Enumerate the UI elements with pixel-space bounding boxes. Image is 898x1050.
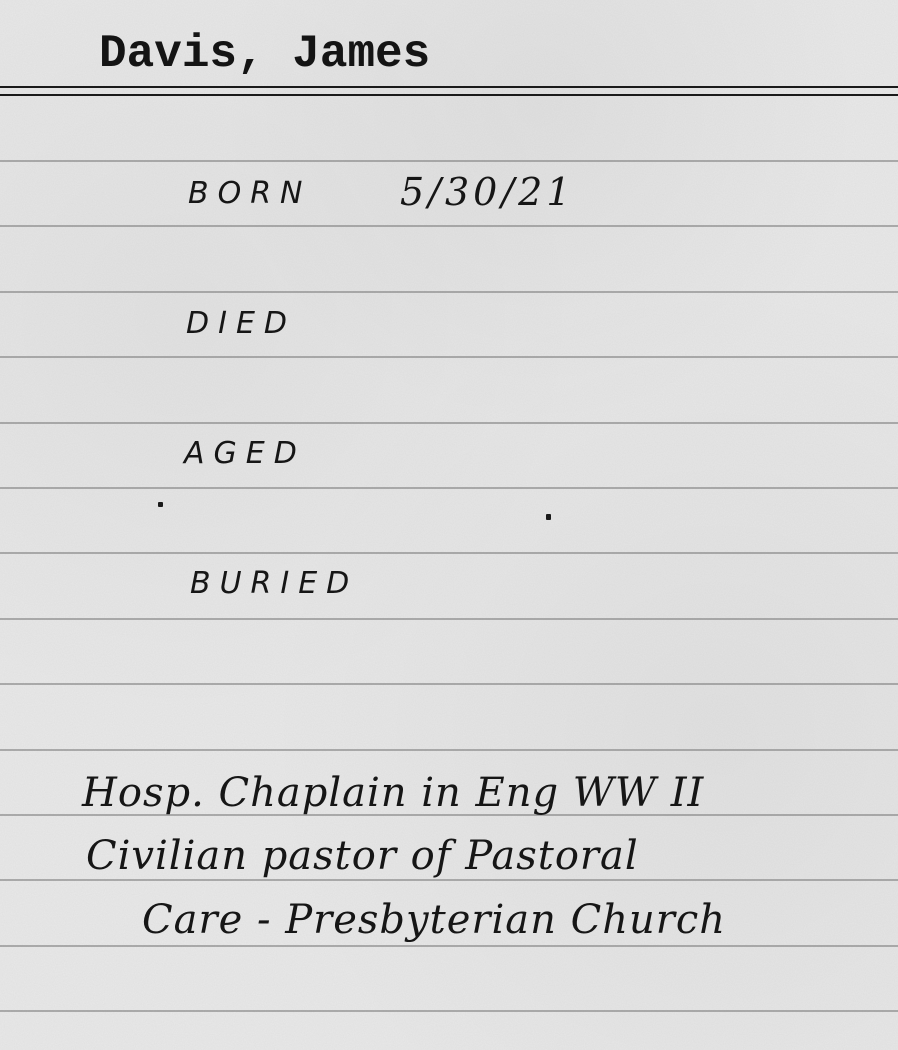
field-label-aged: AGED xyxy=(184,436,306,471)
ruled-line xyxy=(0,356,898,358)
card-name: Davis, James xyxy=(99,28,430,80)
note-line-3: Care - Presbyterian Church xyxy=(142,897,726,943)
paper-texture xyxy=(0,0,898,1050)
ruled-line xyxy=(0,291,898,293)
ruled-line xyxy=(0,749,898,751)
ink-mark xyxy=(158,502,163,507)
ruled-line xyxy=(0,1010,898,1012)
ruled-line xyxy=(0,618,898,620)
ruled-line xyxy=(0,422,898,424)
note-line-1: Hosp. Chaplain in Eng WW II xyxy=(82,770,704,816)
field-label-born: BORN xyxy=(188,176,311,211)
ruled-line xyxy=(0,683,898,685)
note-line-2: Civilian pastor of Pastoral xyxy=(86,833,639,879)
index-card: Davis, James BORN 5/30/21 DIED AGED BURI… xyxy=(0,0,898,1050)
ruled-line xyxy=(0,879,898,881)
field-label-buried: BURIED xyxy=(190,566,358,601)
ruled-line xyxy=(0,945,898,947)
ruled-line xyxy=(0,160,898,162)
field-label-died: DIED xyxy=(186,306,296,341)
header-rule-bottom xyxy=(0,94,898,96)
ruled-line xyxy=(0,552,898,554)
header-rule-top xyxy=(0,86,898,88)
ruled-line xyxy=(0,487,898,489)
ink-mark xyxy=(546,514,551,520)
ruled-line xyxy=(0,225,898,227)
field-value-born: 5/30/21 xyxy=(400,170,575,214)
